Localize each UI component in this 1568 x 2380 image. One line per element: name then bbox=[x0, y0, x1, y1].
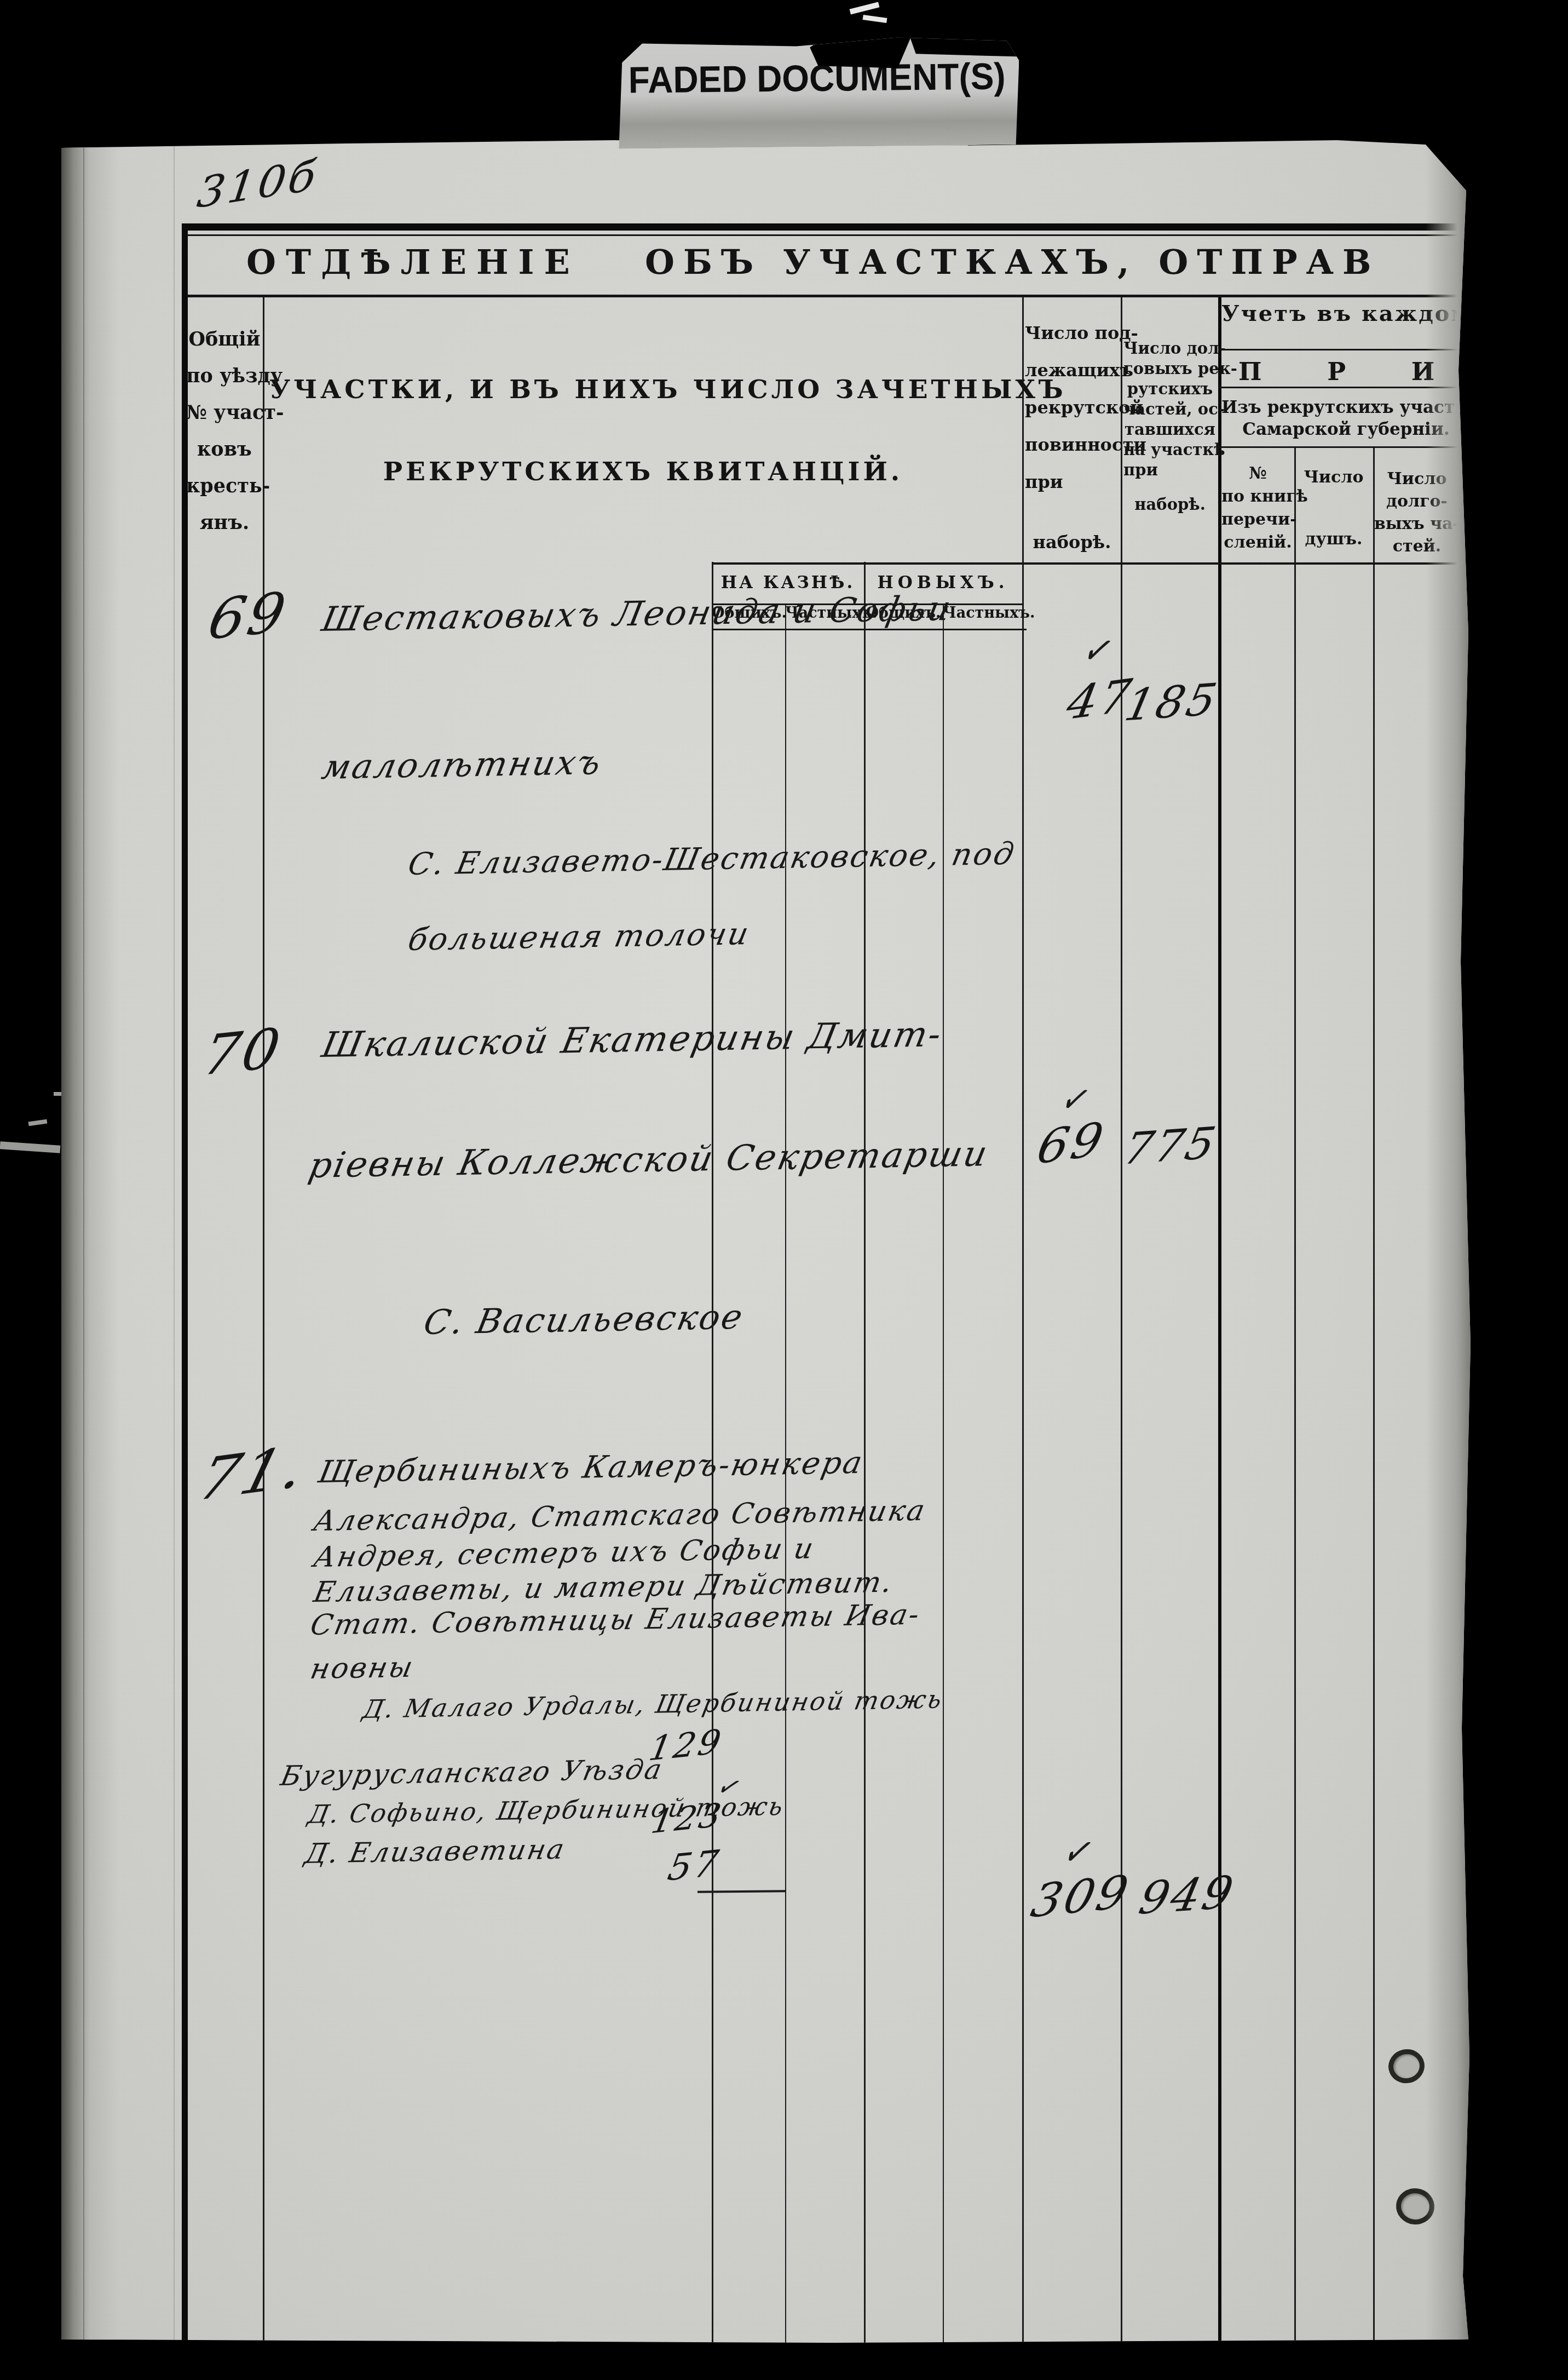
col-dolgchast-header: Число долго- выхъ ча- стей. bbox=[1373, 468, 1461, 557]
pri-header: П Р И bbox=[1238, 357, 1474, 386]
row71-line3: Андрея, сестеръ ихъ Софьи и bbox=[311, 1532, 817, 1574]
row71-podlezh-value: 309 bbox=[1027, 1865, 1135, 1928]
row71-entry4-text: Д. Елизаветина bbox=[302, 1833, 568, 1870]
section-title-right: ОБЪ УЧАСТКАХЪ, ОТПРАВ bbox=[645, 242, 1380, 282]
row70-number: 70 bbox=[198, 1016, 287, 1089]
row70-line1: Шкалиской Екатерины Дмит- bbox=[319, 1014, 946, 1066]
folio-number: 310б bbox=[194, 151, 321, 218]
row71-entry1-text: Д. Малаго Урдалы, Щербининой тожь bbox=[360, 1685, 946, 1724]
paper-crease bbox=[83, 140, 84, 2343]
divider-dushi bbox=[1373, 446, 1375, 2343]
row71-entry3-amount: 123 bbox=[648, 1796, 726, 1842]
col-uezd-header: Общій по уѣзду № участ- ковъ кресть- янъ… bbox=[186, 321, 263, 541]
col-dushi-header: Число душъ. bbox=[1294, 468, 1373, 549]
film-edge-mark bbox=[863, 15, 887, 23]
row71-dolg-value: 949 bbox=[1134, 1866, 1240, 1925]
row69-line3: С. Елизавето-Шестаковское, под bbox=[405, 836, 1018, 882]
table-top-border bbox=[182, 223, 1468, 231]
row70-podlezh-value: 69 bbox=[1033, 1112, 1110, 1175]
row69-line1: Шестаковыхъ Леонида и Софьи bbox=[319, 588, 955, 639]
row70-line3: С. Васильевское bbox=[420, 1297, 747, 1342]
col-dolg-header: Число дол- говыхъ рек- рутскихъ частей, … bbox=[1123, 338, 1217, 515]
row69-dolg-value: 185 bbox=[1120, 674, 1223, 731]
row71-entry2-text: Бугурусланскаго Уѣзда bbox=[278, 1754, 666, 1792]
margin-scratch bbox=[28, 1119, 48, 1126]
col-podlezh-header: Число под- лежащихъ рекрутской повинност… bbox=[1025, 314, 1119, 561]
punch-hole-stain bbox=[1394, 2187, 1437, 2227]
pri-row-line bbox=[1218, 387, 1474, 388]
kazna-header: НА КАЗНѢ. bbox=[712, 573, 864, 593]
divider-kniga bbox=[1294, 446, 1296, 2343]
divider-uchet-section bbox=[1218, 297, 1221, 2343]
table-left-border bbox=[182, 223, 188, 2343]
uchet-header: Учетъ въ каждомъ bbox=[1221, 301, 1471, 326]
faded-document-label: FADED DOCUMENT(S) bbox=[614, 34, 1020, 149]
col-uchastki-header: УЧАСТКИ, И ВЪ НИХЪ ЧИСЛО ЗАЧЕТНЫХЪ РЕКРУ… bbox=[269, 375, 1017, 487]
punch-hole-stain bbox=[1385, 2046, 1427, 2086]
iz-rekrutskikh-header: Изъ рекрутскихъ участковъ Самарской губе… bbox=[1221, 396, 1471, 440]
row71-line1: Щербининыхъ Камеръ-юнкера bbox=[315, 1445, 867, 1490]
paper-crease bbox=[174, 140, 175, 2343]
row69-number: 69 bbox=[204, 580, 293, 653]
film-edge-mark bbox=[850, 2, 880, 15]
table-top-inner-line bbox=[182, 234, 1468, 236]
document-paper: 310б ОТДѢЛЕНІЕ ОБЪ УЧАСТКАХЪ, ОТПРАВ Общ… bbox=[61, 140, 1474, 2343]
header-bottom-line bbox=[712, 562, 1474, 565]
clip-shadow bbox=[909, 28, 1036, 58]
iz-row-line bbox=[1218, 446, 1474, 448]
row71-entry4-amount: 57 bbox=[665, 1842, 724, 1889]
margin-scratch bbox=[0, 1141, 60, 1153]
row71-line2: Александра, Статскаго Совѣтника bbox=[311, 1494, 929, 1538]
title-bottom-line bbox=[182, 295, 1468, 297]
row69-line4: большеная толочи bbox=[405, 916, 753, 958]
row71-line6: новны bbox=[308, 1651, 417, 1686]
divider-col-dolg bbox=[1121, 297, 1122, 2343]
row70-dolg-value: 775 bbox=[1119, 1117, 1222, 1174]
uchet-row-line bbox=[1218, 349, 1474, 350]
sub-col-chastnykh-2: Частныхъ. bbox=[943, 605, 1022, 622]
clip-shadow bbox=[810, 28, 912, 69]
row69-line2: малолѣтнихъ bbox=[319, 742, 606, 787]
check-mark-icon: ✓ bbox=[1079, 624, 1114, 677]
total-rule bbox=[697, 1890, 785, 1893]
col-kniga-header: № по книгѣ перечи- сленій. bbox=[1221, 462, 1294, 554]
row71-number: 71. bbox=[191, 1433, 314, 1514]
section-title-left: ОТДѢЛЕНІЕ bbox=[246, 242, 580, 282]
row70-line2: ріевны Коллежской Секретарши bbox=[305, 1134, 992, 1186]
scanned-archive-page: { "banner": { "label": "FADED DOCUMENT(S… bbox=[0, 0, 1568, 2380]
